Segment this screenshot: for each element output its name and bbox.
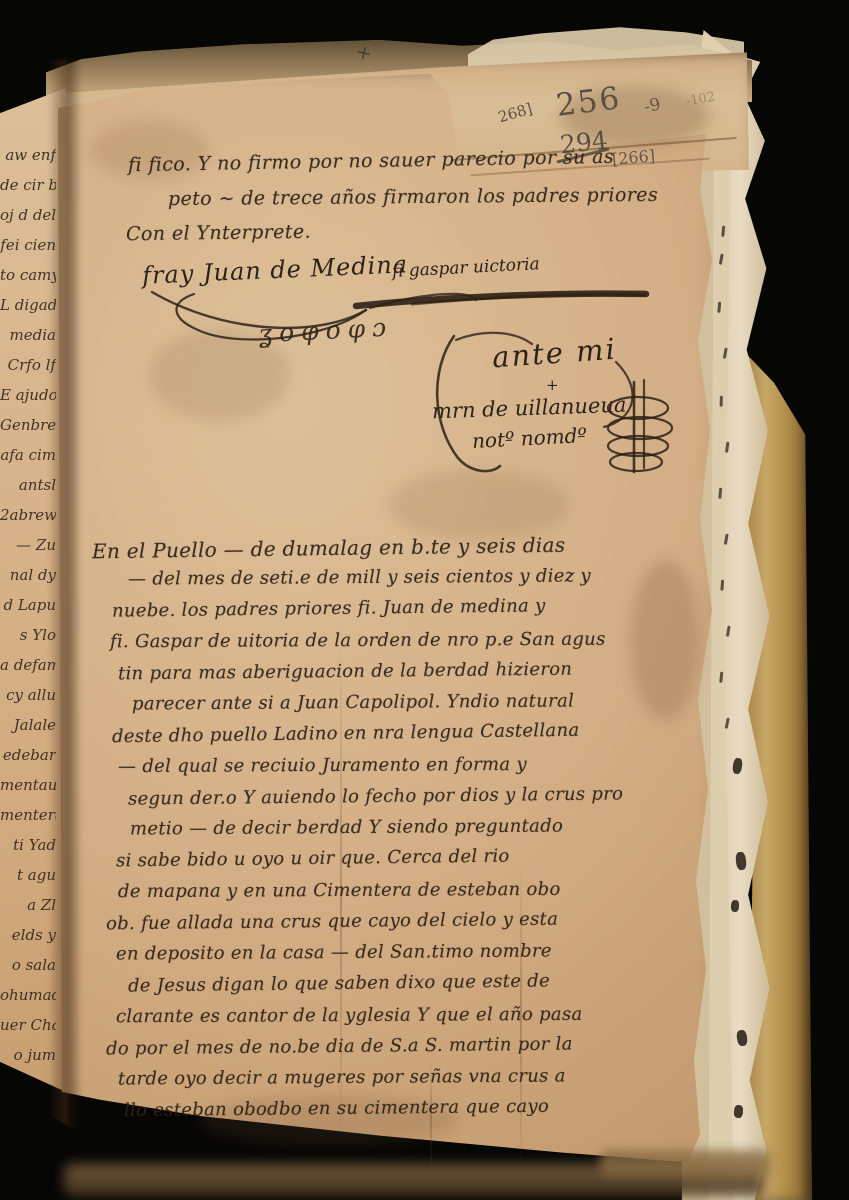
body-line: metio — de decir berdad Y siendo pregunt… <box>130 815 563 839</box>
body-line: tarde oyo decir a mugeres por señas vna … <box>118 1065 566 1089</box>
body-line: — del qual se reciuio Juramento en forma… <box>118 754 527 777</box>
body-line: de mapana y en una Cimentera de esteban … <box>118 879 561 902</box>
stain <box>630 560 700 720</box>
ink-bleed-mark <box>720 396 723 407</box>
certification-line: Con el Ynterprete. <box>126 221 311 246</box>
body-line: en deposito en la casa — del San.timo no… <box>116 940 552 964</box>
stain <box>390 470 570 540</box>
notary-cross-mark: + <box>546 376 559 394</box>
heavy-ink-stroke <box>352 288 652 316</box>
body-line: llo esteban obodbo en su cimentera que c… <box>124 1096 549 1121</box>
certification-line: peto ~ de trece años firmaron los padres… <box>168 184 658 210</box>
foliation-266: [266] <box>611 146 656 169</box>
manuscript-photo: + 268] 256 -9 -102 294 [266] fi fico. Y … <box>0 0 849 1200</box>
motion-blur-edge <box>600 1150 770 1176</box>
body-line: — del mes de seti.e de mill y seis cient… <box>128 565 591 589</box>
body-line: fi. Gaspar de uitoria de la orden de nro… <box>110 629 606 653</box>
body-line: parecer ante si a Juan Capolipol. Yndio … <box>132 690 574 714</box>
gutter-fold <box>48 60 82 1130</box>
notary-knot-rubric <box>598 380 682 480</box>
body-line: clarante es cantor de la yglesia Y que e… <box>116 1004 583 1027</box>
